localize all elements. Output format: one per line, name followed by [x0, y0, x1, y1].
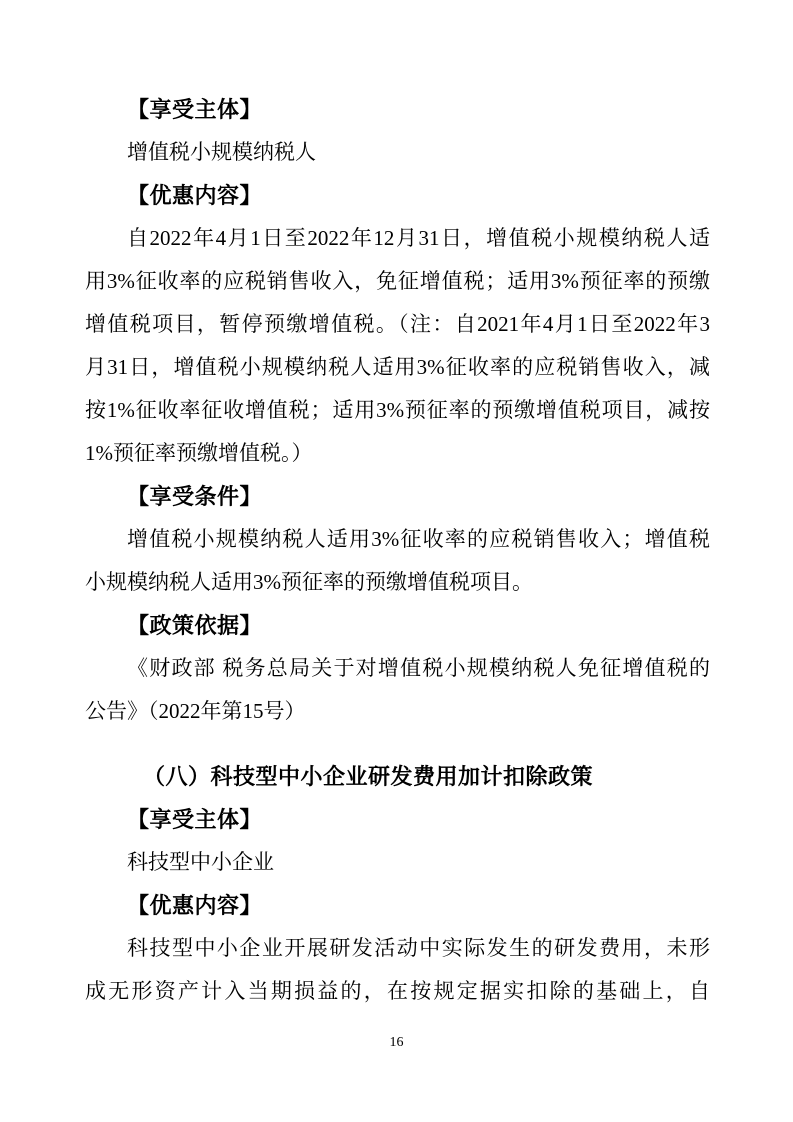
vat-condition-heading: 【享受条件】	[85, 475, 710, 518]
tech-subject-heading: 【享受主体】	[85, 798, 710, 841]
vat-condition-line-1: 增值税小规模纳税人适用3%征收率的应税销售收入；增值税	[85, 518, 710, 561]
document-page: 【享受主体】 增值税小规模纳税人 【优惠内容】 自2022年4月1日至2022年…	[0, 0, 793, 1122]
vat-policy-basis-heading: 【政策依据】	[85, 604, 710, 647]
vat-condition-line-2: 小规模纳税人适用3%预征率的预缴增值税项目。	[85, 561, 710, 604]
vat-policy-basis-line-1: 《财政部 税务总局关于对增值税小规模纳税人免征增值税的	[85, 647, 710, 690]
tech-content-line-1: 科技型中小企业开展研发活动中实际发生的研发费用，未形	[85, 927, 710, 970]
vat-content-line-4: 月31日，增值税小规模纳税人适用3%征收率的应税销售收入，减	[85, 346, 710, 389]
vat-content-line-2: 用3%征收率的应税销售收入，免征增值税；适用3%预征率的预缴	[85, 260, 710, 303]
tech-content-line-2: 成无形资产计入当期损益的，在按规定据实扣除的基础上，自	[85, 970, 710, 1013]
vat-policy-basis-line-2: 公告》（2022年第15号）	[85, 690, 710, 733]
tech-section-title: （八）科技型中小企业研发费用加计扣除政策	[85, 755, 710, 798]
vat-content-line-6: 1%预征率预缴增值税。）	[85, 432, 710, 475]
vat-content-line-5: 按1%征收率征收增值税；适用3%预征率的预缴增值税项目，减按	[85, 389, 710, 432]
vat-content-line-3: 增值税项目，暂停预缴增值税。（注：自2021年4月1日至2022年3	[85, 303, 710, 346]
page-number: 16	[0, 1035, 793, 1051]
vat-subject-heading: 【享受主体】	[85, 88, 710, 131]
vat-content-heading: 【优惠内容】	[85, 174, 710, 217]
vat-subject-text: 增值税小规模纳税人	[85, 131, 710, 174]
section-gap	[85, 733, 710, 755]
vat-content-line-1: 自2022年4月1日至2022年12月31日，增值税小规模纳税人适	[85, 217, 710, 260]
tech-subject-text: 科技型中小企业	[85, 841, 710, 884]
page-content: 【享受主体】 增值税小规模纳税人 【优惠内容】 自2022年4月1日至2022年…	[0, 0, 793, 1013]
tech-content-heading: 【优惠内容】	[85, 884, 710, 927]
